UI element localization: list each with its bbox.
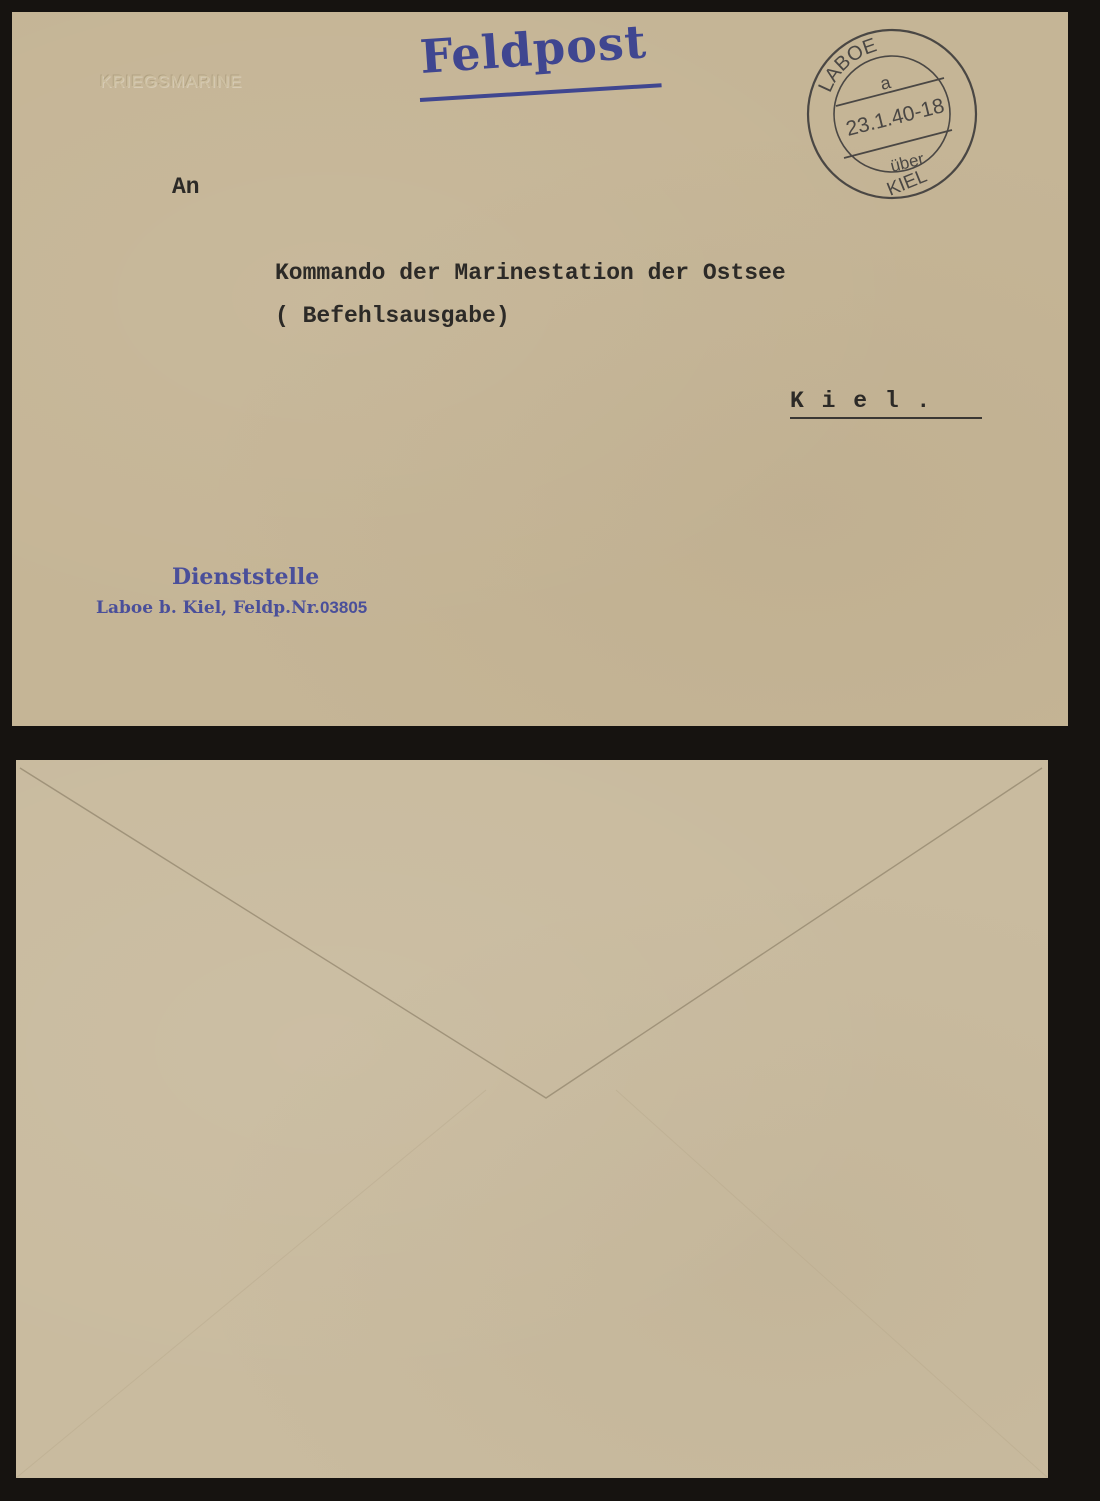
address-line-1: Kommando der Marinestation der Ostsee [275, 260, 786, 286]
sender-stamp-title: Dienststelle [172, 564, 319, 590]
sender-stamp-location: Laboe b. Kiel, Feldp.Nr. [96, 598, 320, 618]
salutation: An [172, 174, 200, 200]
feldpost-underline [420, 83, 662, 102]
address-city: K i e l . [790, 388, 932, 414]
envelope-front: KRIEGSMARINE Feldpost LABOE a 23.1.40-18… [12, 12, 1068, 726]
city-underline [790, 417, 982, 419]
field-post-number: 03805 [320, 598, 367, 617]
postmark-letter: a [878, 72, 894, 94]
postmark-icon: LABOE a 23.1.40-18 über KIEL [802, 24, 982, 204]
address-line-2: ( Befehlsausgabe) [275, 303, 510, 329]
embossed-header: KRIEGSMARINE [100, 72, 242, 92]
envelope-flap-outline [16, 760, 1048, 1478]
envelope-back [16, 760, 1048, 1478]
postmark: LABOE a 23.1.40-18 über KIEL [802, 24, 982, 204]
sender-stamp-address: Laboe b. Kiel, Feldp.Nr.03805 [96, 598, 367, 618]
postmark-date: 23.1.40-18 [844, 94, 947, 141]
feldpost-stamp: Feldpost [418, 14, 648, 84]
